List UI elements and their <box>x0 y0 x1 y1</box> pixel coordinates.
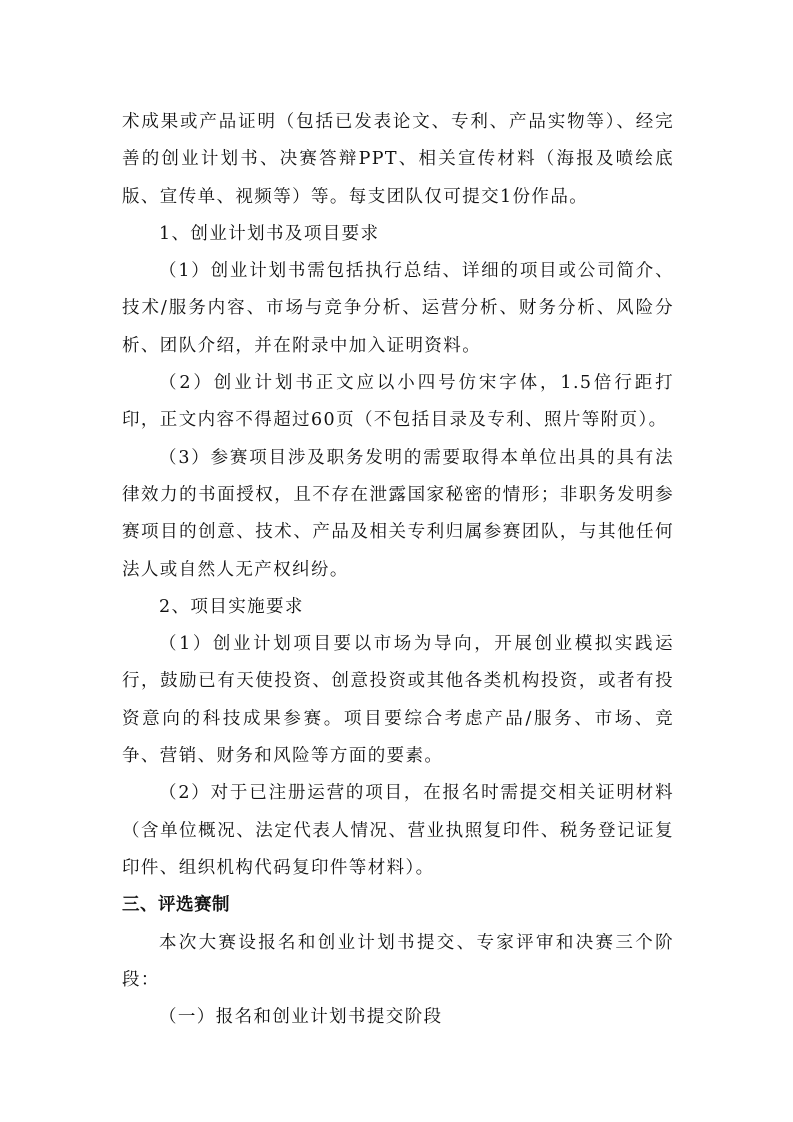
paragraph-stages-intro: 本次大赛设报名和创业计划书提交、专家评审和决赛三个阶段： <box>122 925 674 1000</box>
paragraph-item-1-3: （3）参赛项目涉及职务发明的需要取得本单位出具的具有法律效力的书面授权，且不存在… <box>122 440 674 589</box>
paragraph-item-2-1: （1）创业计划项目要以市场为导向，开展创业模拟实践运行，鼓励已有天使投资、创意投… <box>122 626 674 775</box>
paragraph-item-1-1: （1）创业计划书需包括执行总结、详细的项目或公司简介、技术/服务内容、市场与竞争… <box>122 253 674 365</box>
section-heading-evaluation: 三、评选赛制 <box>122 887 674 924</box>
paragraph-continuation: 术成果或产品证明（包括已发表论文、专利、产品实物等）、经完善的创业计划书、决赛答… <box>122 104 674 216</box>
paragraph-stage-one: （一）报名和创业计划书提交阶段 <box>122 999 674 1036</box>
subheading-business-plan-requirements: 1、创业计划书及项目要求 <box>122 216 674 253</box>
paragraph-item-2-2: （2）对于已注册运营的项目，在报名时需提交相关证明材料（含单位概况、法定代表人情… <box>122 775 674 887</box>
subheading-implementation-requirements: 2、项目实施要求 <box>122 589 674 626</box>
paragraph-item-1-2: （2）创业计划书正文应以小四号仿宋字体，1.5倍行距打印，正文内容不得超过60页… <box>122 365 674 440</box>
document-page: 术成果或产品证明（包括已发表论文、专利、产品实物等）、经完善的创业计划书、决赛答… <box>122 104 674 1036</box>
